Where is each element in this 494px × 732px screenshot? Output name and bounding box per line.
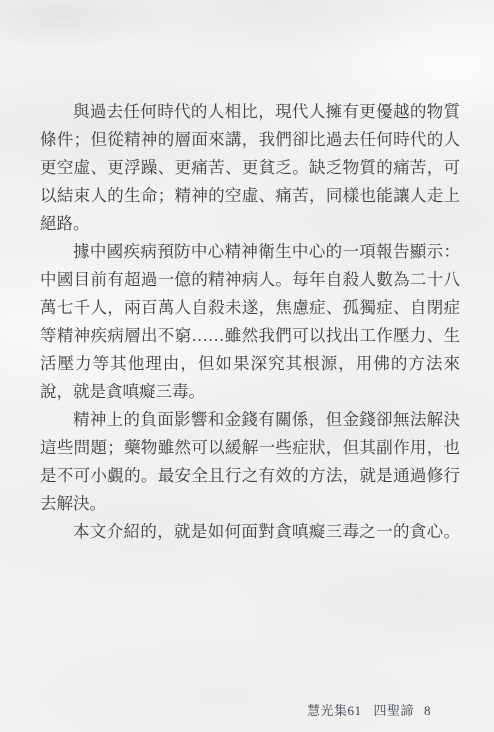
text-line: 以結束人的生命；精神的空虛、痛苦，同樣也能讓人走上	[40, 182, 460, 210]
text-line: 這些問題；藥物雖然可以緩解一些症狀，但其副作用，也	[40, 434, 460, 462]
text-line: 條件；但從精神的層面來講，我們卻比過去任何時代的人	[40, 126, 460, 154]
text-line: 說，就是貪嗔癡三毒。	[40, 378, 460, 406]
text-line: 絕路。	[40, 210, 460, 238]
text-line: 等精神疾病層出不窮……雖然我們可以找出工作壓力、生	[40, 322, 460, 350]
text-line: 精神上的負面影響和金錢有關係，但金錢卻無法解決	[40, 406, 460, 434]
text-line: 萬七千人，兩百萬人自殺未遂，焦慮症、孤獨症、自閉症	[40, 294, 460, 322]
text-line: 與過去任何時代的人相比，現代人擁有更優越的物質	[40, 98, 460, 126]
footer-book-title: 四聖諦	[373, 703, 414, 718]
footer-page-number: 8	[424, 703, 431, 718]
text-line: 中國目前有超過一億的精神病人。每年自殺人數為二十八	[40, 266, 460, 294]
text-line: 去解決。	[40, 490, 460, 518]
text-line: 是不可小覷的。最安全且行之有效的方法，就是通過修行	[40, 462, 460, 490]
text-line: 本文介紹的，就是如何面對貪嗔癡三毒之一的貪心。	[40, 518, 460, 546]
page-footer: 慧光集61四聖諦8	[0, 700, 431, 719]
text-line: 據中國疾病預防中心精神衛生中心的一項報告顯示：	[40, 238, 460, 266]
footer-series-label: 慧光集61	[307, 703, 362, 718]
text-line: 活壓力等其他理由，但如果深究其根源，用佛的方法來	[40, 350, 460, 378]
book-page: 與過去任何時代的人相比，現代人擁有更優越的物質條件；但從精神的層面來講，我們卻比…	[0, 0, 494, 732]
text-line: 更空虛、更浮躁、更痛苦、更貧乏。缺乏物質的痛苦，可	[40, 154, 460, 182]
text-block: 與過去任何時代的人相比，現代人擁有更優越的物質條件；但從精神的層面來講，我們卻比…	[40, 98, 460, 546]
